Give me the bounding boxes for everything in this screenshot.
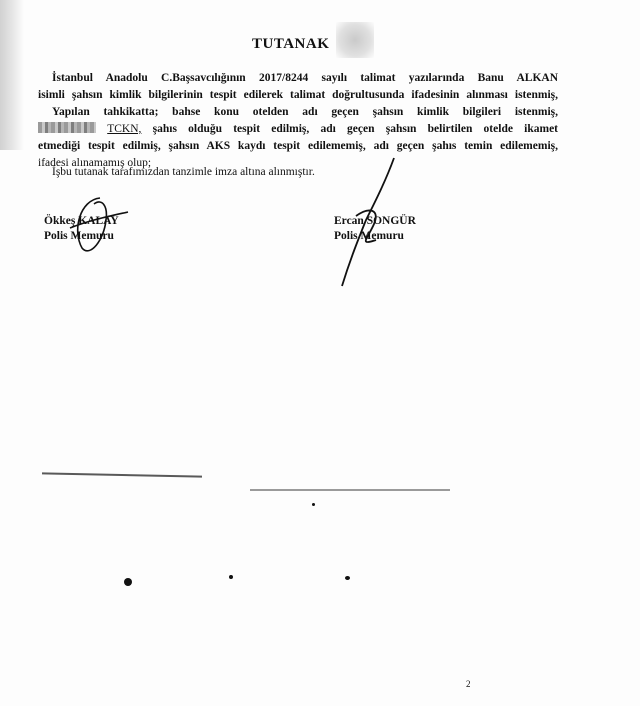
scanned-document-page: TUTANAK İstanbul Anadolu C.Başsavcılığın… [0, 0, 640, 706]
scan-speck [345, 576, 350, 580]
page-mark: 2 [466, 679, 471, 689]
tckn-label: TCKN, [107, 123, 141, 135]
paragraph-instruction: İstanbul Anadolu C.Başsavcılığının 2017/… [38, 70, 558, 104]
scan-edge-shadow [0, 0, 24, 150]
scan-artifact-line [250, 489, 450, 491]
paragraph-investigation: Yapılan tahkikatta; bahse konu otelden a… [38, 104, 558, 172]
paragraph-line: Yapılan tahkikatta; bahse konu otelden a… [38, 104, 558, 121]
paragraph-line-id: TCKN, şahıs olduğu tespit edilmiş, adı g… [38, 121, 558, 138]
scan-speck [124, 578, 132, 586]
paragraph-line: isimli şahsın kimlik bilgilerinin tespit… [38, 87, 558, 104]
paragraph-line-rest: şahıs olduğu tespit edilmiş, adı geçen ş… [153, 123, 558, 135]
signatory-name: Ökkeş KALAY [44, 214, 119, 229]
paragraph-line: İstanbul Anadolu C.Başsavcılığının 2017/… [38, 70, 558, 87]
scan-speck [312, 503, 315, 506]
document-title: TUTANAK [252, 36, 329, 53]
stamp-smudge [336, 22, 374, 58]
paragraph-line: etmediği tespit edilmiş, şahsın AKS kayd… [38, 138, 558, 155]
signatory-title: Polis Memuru [334, 229, 416, 244]
redacted-id-number [38, 122, 96, 133]
signature-block-left: Ökkeş KALAY Polis Memuru [44, 214, 119, 244]
scan-speck [229, 575, 233, 579]
closing-statement: İşbu tutanak tarafımızdan tanzimle imza … [52, 166, 315, 178]
signatory-title: Polis Memuru [44, 229, 119, 244]
scan-artifact-line [42, 472, 202, 477]
signatory-name: Ercan SONGÜR [334, 214, 416, 229]
signature-block-right: Ercan SONGÜR Polis Memuru [334, 214, 416, 244]
